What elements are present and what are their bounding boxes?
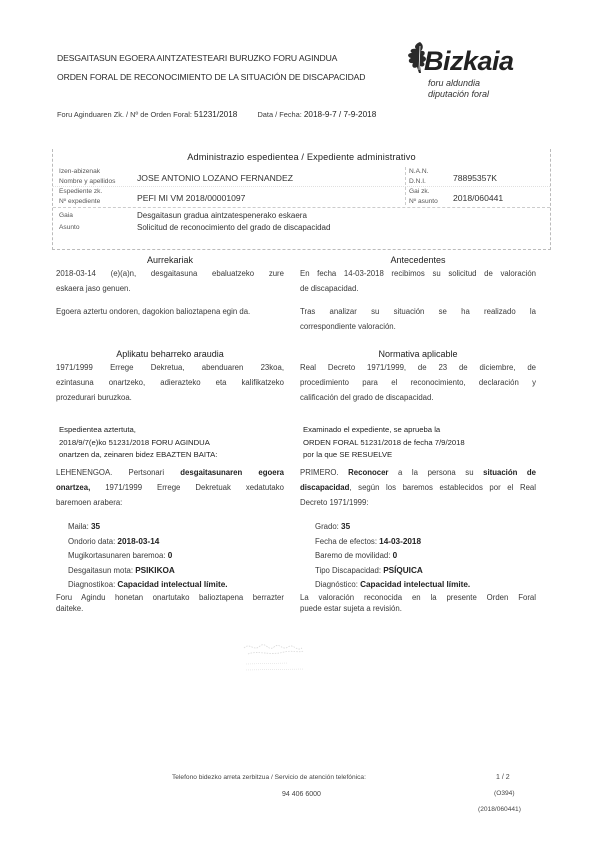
left-item-type: Desgaitasun mota: PSIKIKOA (68, 564, 228, 579)
right-antecedents-p1: En fecha 14-03-2018 recibimos su solicit… (300, 266, 536, 296)
logo-sub-basque: foru aldundia (428, 78, 480, 88)
right-first-resolution: PRIMERO. Reconocer a la persona su situa… (300, 465, 536, 510)
left-item-date: Ondorio data: 2018-03-14 (68, 535, 228, 550)
asunto-number-label: Gai zk.Nº asunto (409, 187, 438, 206)
expediente-heading: Administrazio espedientea / Expediente a… (53, 149, 550, 162)
right-item-date: Fecha de efectos: 14-03-2018 (315, 535, 470, 550)
title-basque: DESGAITASUN EGOERA AINTZATESTEARI BURUZK… (57, 53, 337, 63)
left-item-mobility: Mugikortasunaren baremoa: 0 (68, 549, 228, 564)
name-value: JOSE ANTONIO LOZANO FERNANDEZ (137, 173, 293, 183)
name-label: Izen-abizenakNombre y apellidos (59, 167, 115, 186)
date-label: Data / Fecha: (257, 110, 301, 119)
title-spanish: ORDEN FORAL DE RECONOCIMIENTO DE LA SITU… (57, 72, 365, 82)
right-item-mobility: Baremo de movilidad: 0 (315, 549, 470, 564)
right-antecedents-heading: Antecedentes (300, 255, 536, 265)
left-antecedents-p1: 2018-03-14 (e)(a)n, desgaitasuna ebaluat… (56, 266, 284, 296)
phone-number: 94 406 6000 (282, 791, 321, 798)
right-items: Grado: 35 Fecha de efectos: 14-03-2018 B… (315, 520, 470, 593)
left-items: Maila: 35 Ondorio data: 2018-03-14 Mugik… (68, 520, 228, 593)
order-number: 51231/2018 (194, 110, 237, 119)
order-label: Foru Aginduaren Zk. / Nº de Orden Foral: (57, 110, 192, 119)
left-review-note: Foru Agindu honetan onartutako balioztap… (56, 592, 284, 614)
dni-value: 78895357K (453, 173, 497, 183)
footer-reference: (2018/060441) (478, 806, 521, 813)
subject-value: Desgaitasun gradua aintzatespenerako esk… (137, 210, 330, 234)
left-item-grade: Maila: 35 (68, 520, 228, 535)
logo-sub-spanish: diputación foral (428, 89, 489, 99)
left-norm-heading: Aplikatu beharreko araudia (56, 349, 284, 359)
right-item-grade: Grado: 35 (315, 520, 470, 535)
logo-wordmark: Bizkaia (424, 46, 514, 77)
expediente-number-label: Espediente zk.Nº expediente (59, 187, 102, 206)
expediente-number-value: PEFI MI VM 2018/00001097 (137, 193, 245, 203)
left-antecedents-p2: Egoera aztertu ondoren, dagokion baliozt… (56, 304, 284, 319)
page-number: 1 / 2 (496, 774, 510, 781)
order-meta: Foru Aginduaren Zk. / Nº de Orden Foral:… (57, 110, 376, 119)
asunto-number-value: 2018/060441 (453, 193, 503, 203)
left-intro: Espedientea aztertuta, 2018/9/7(e)ko 512… (59, 424, 217, 462)
right-norm-text: Real Decreto 1971/1999, de 23 de diciemb… (300, 360, 536, 405)
right-item-diagnosis: Diagnóstico: Capacidad intelectual límit… (315, 578, 470, 593)
right-intro: Examinado el expediente, se aprueba la O… (303, 424, 465, 462)
right-antecedents-p2: Tras analizar su situación se ha realiza… (300, 304, 536, 334)
left-first-resolution: LEHENENGOA. Pertsonari desgaitasunaren e… (56, 465, 284, 510)
signature-stamp-icon (240, 638, 350, 678)
right-item-type: Tipo Discapacidad: PSÍQUICA (315, 564, 470, 579)
phone-label: Telefono bidezko arreta zerbitzua / Serv… (172, 774, 366, 781)
right-norm-heading: Normativa aplicable (300, 349, 536, 359)
left-norm-text: 1971/1999 Errege Dekretua, abenduaren 23… (56, 360, 284, 405)
bizkaia-logo: Bizkaia foru aldundia diputación foral (402, 40, 592, 100)
date-value: 2018-9-7 / 7-9-2018 (304, 110, 376, 119)
right-review-note: La valoración reconocida en la presente … (300, 592, 536, 614)
subject-label: GaiaAsunto (59, 210, 80, 234)
left-antecedents-heading: Aurrekariak (56, 255, 284, 265)
form-code: (O394) (494, 790, 515, 797)
dni-label: N.A.N.D.N.I. (409, 167, 428, 186)
left-item-diagnosis: Diagnostikoa: Capacidad intelectual lími… (68, 578, 228, 593)
expediente-table: Administrazio espedientea / Expediente a… (52, 149, 551, 250)
